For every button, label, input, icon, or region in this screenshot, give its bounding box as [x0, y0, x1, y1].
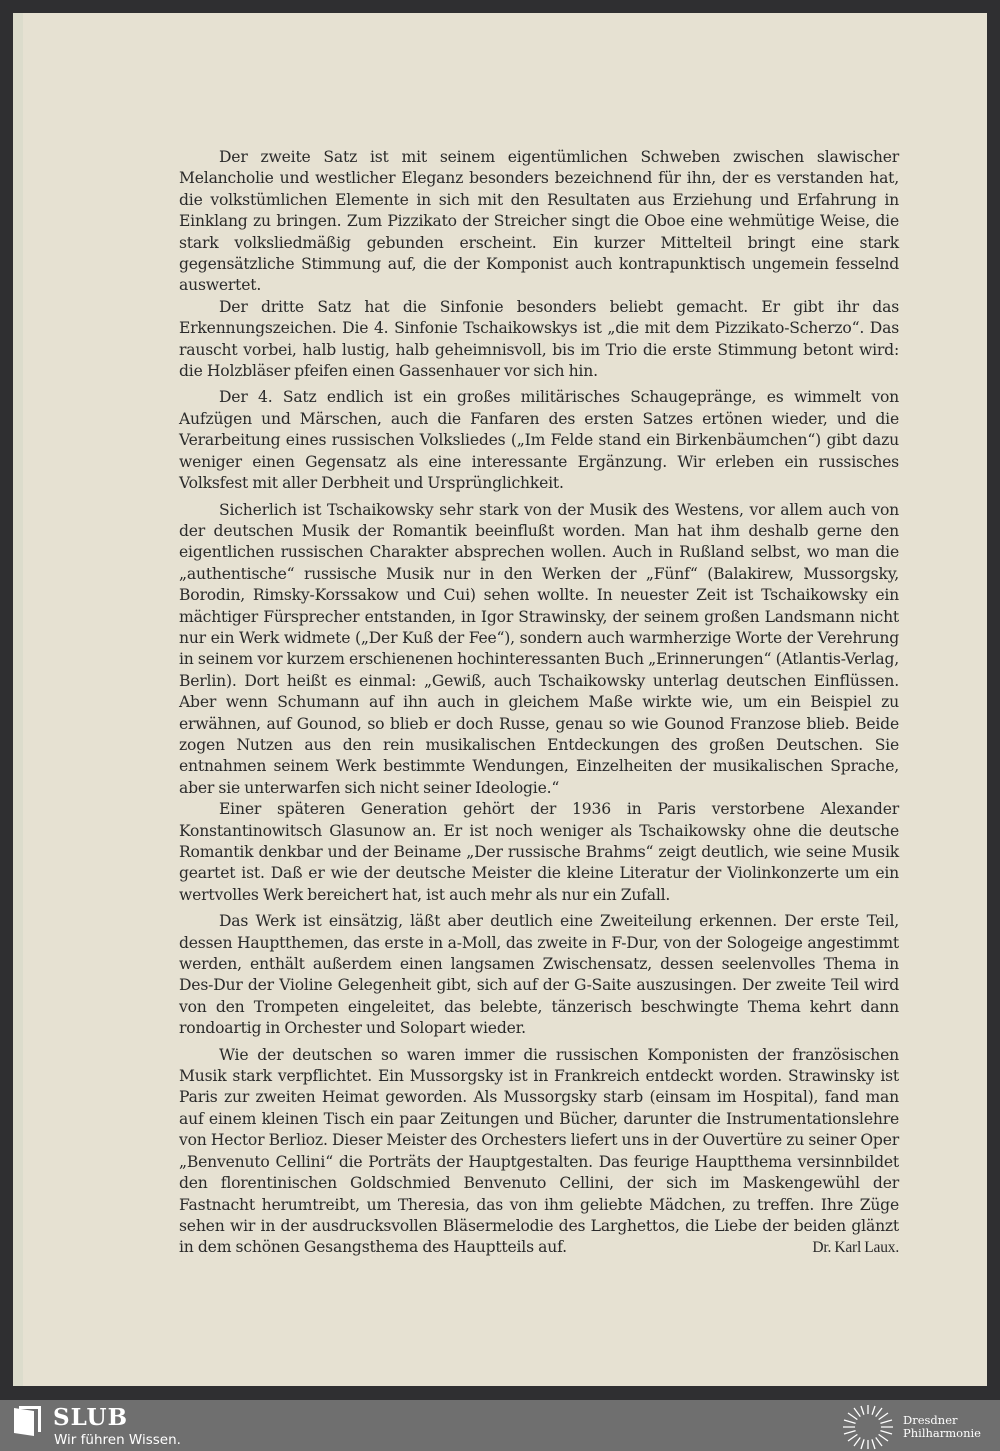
paragraph-3: Der 4. Satz endlich ist ein großes milit… — [179, 387, 899, 494]
article-text: Der zweite Satz ist mit seinem eigentüml… — [179, 147, 899, 1259]
paragraph-1: Der zweite Satz ist mit seinem eigentüml… — [179, 147, 899, 297]
document-page: Der zweite Satz ist mit seinem eigentüml… — [13, 13, 987, 1386]
paragraph-4: Sicherlich ist Tschaikowsky sehr stark v… — [179, 500, 899, 800]
paragraph-6: Das Werk ist einsätzig, läßt aber deutli… — [179, 911, 899, 1039]
paragraph-7: Wie der deutschen so waren immer die rus… — [179, 1045, 899, 1259]
book-icon — [14, 1406, 42, 1436]
slub-name: SLUB — [53, 1404, 128, 1431]
slub-tagline: Wir führen Wissen. — [54, 1432, 181, 1448]
paragraph-5: Einer späteren Generation gehört der 193… — [179, 799, 899, 906]
footer-bar: SLUB Wir führen Wissen. Dresdner Philhar… — [0, 1400, 1000, 1451]
dresdner-philharmonie-name: Dresdner Philharmonie — [903, 1414, 981, 1440]
paragraph-2: Der dritte Satz hat die Sinfonie besonde… — [179, 297, 899, 383]
sunburst-icon — [840, 1404, 896, 1450]
